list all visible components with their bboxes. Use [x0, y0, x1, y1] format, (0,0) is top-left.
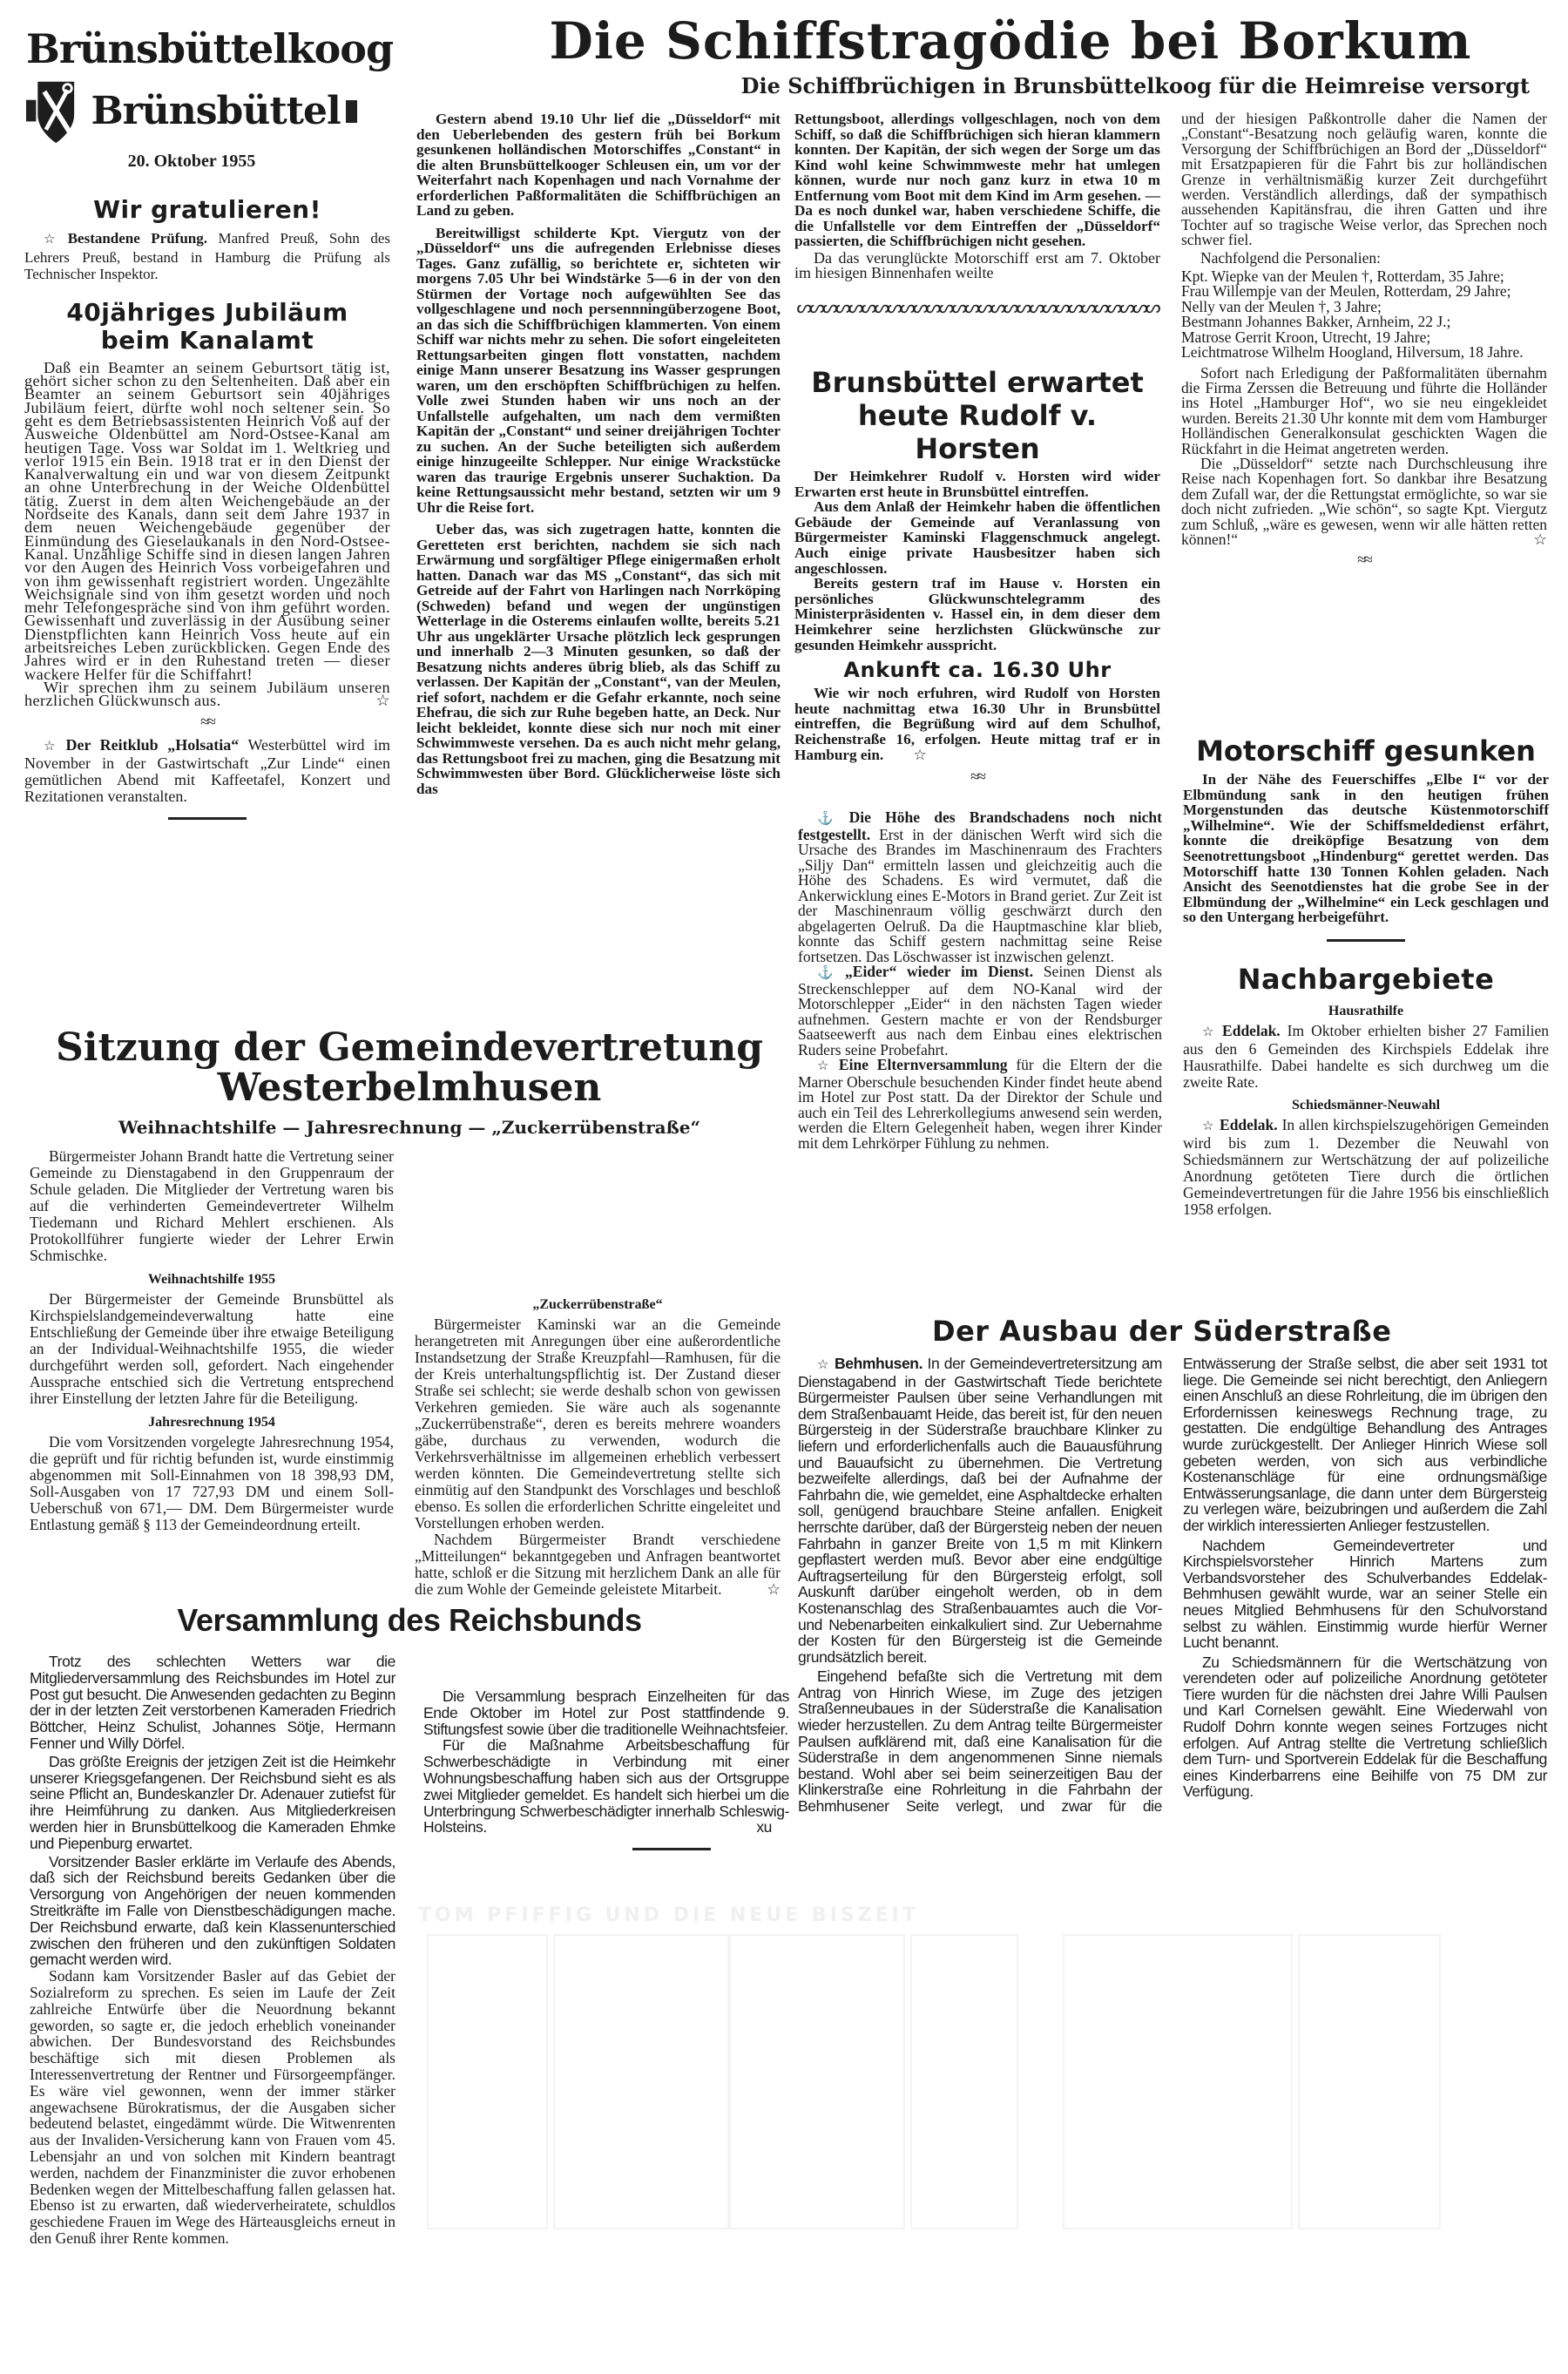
headline-suederstrasse: Der Ausbau der Süderstraße — [932, 1314, 1542, 1349]
heading-gratulieren: Wir gratulieren! — [24, 195, 390, 225]
divider-rule — [632, 1848, 711, 1850]
borkum-col3-p2: Nachfolgend die Personalien: — [1181, 251, 1547, 266]
borkum-col3-p4-text: Die „Düsseldorf“ setzte nach Durchschleu… — [1181, 455, 1547, 548]
text-brandschaden: Erst in der dänischen Werft wird sich di… — [798, 826, 1162, 965]
divider-rule — [168, 817, 247, 820]
masthead: Brünsbüttelkoog Brünsbüttel 20. Oktober … — [26, 26, 357, 172]
reichsbund-p5: Die Versammlung besprach Einzelheiten fü… — [423, 1688, 789, 1737]
headline-reichsbund: Versammlung des Reichsbunds — [26, 1601, 793, 1640]
star-icon: ☆ — [817, 1357, 829, 1372]
subhead-schiedsmaenner: Schiedsmänner-Neuwahl — [1183, 1098, 1549, 1113]
comic-ghost-panel — [427, 1934, 548, 2229]
brief-elternversammlung: ☆Eine Elternversammlung für die Eltern d… — [798, 1058, 1162, 1151]
anchor-icon: ⚓ — [817, 812, 844, 826]
masthead-line2: Brünsbüttel — [91, 89, 340, 134]
lead-eddelak: Eddelak. — [1220, 1116, 1278, 1133]
horsten-p2: Aus dem Anlaß der Heimkehr haben die öff… — [794, 499, 1160, 576]
star-icon: ☆ — [44, 233, 63, 247]
subheadline-borkum: Die Schiffbrüchigen in Brunsbüttelkoog f… — [488, 73, 1568, 98]
star-icon: ☆ — [44, 740, 60, 754]
lead-elternversammlung: Eine Elternversammlung — [839, 1056, 1008, 1073]
masthead-line1: Brünsbüttelkoog — [26, 26, 357, 71]
subheadline-sitzung: Weihnachtshilfe — Jahresrechnung — „Zuck… — [26, 1117, 793, 1138]
borkum-col2-p1: Rettungsboot, allerdings vollgeschlagen,… — [794, 112, 1160, 249]
article-horsten: Brunsbüttel erwartet heute Rudolf v. Hor… — [794, 366, 1160, 791]
sitzung-p4: Bürgermeister Kaminski war an die Gemein… — [415, 1316, 781, 1532]
sitzung-column-1: Bürgermeister Johann Brandt hatte die Ve… — [30, 1148, 394, 1533]
issue-date: 20. Oktober 1955 — [26, 152, 357, 172]
horsten-p4: Wie wir noch erfuhren, wird Rudolf von H… — [794, 686, 1160, 762]
star-icon: ☆ — [1514, 532, 1547, 547]
reichsbund-p4: Sodann kam Vorsitzender Basler auf das G… — [30, 1968, 395, 2247]
horsten-p4-text: Wie wir noch erfuhren, wird Rudolf von H… — [794, 685, 1160, 762]
sitzung-p5: Nachdem Bürgermeister Brandt verschieden… — [415, 1532, 781, 1598]
jubilaeum-p2-text: Wir sprechen ihm zu seinem Jubiläum unse… — [24, 679, 390, 709]
subhead-hausrathilfe: Hausrathilfe — [1183, 1004, 1549, 1019]
heading-jubilaeum-line1: 40jähriges Jubiläum — [24, 299, 390, 327]
star-icon: ☆ — [817, 1059, 834, 1073]
comic-ghost-panel — [910, 1934, 1018, 2229]
personalien-item: Leichtmatrose Wilhelm Hoogland, Hilversu… — [1181, 345, 1547, 360]
borkum-p3: Ueber das, was sich zugetragen hatte, ko… — [416, 522, 781, 796]
lead-behmhusen: Behmhusen. — [835, 1355, 923, 1372]
personalien-list: Kpt. Wiepke van der Meulen †, Rotterdam,… — [1181, 269, 1547, 360]
star-icon: ☆ — [1202, 1119, 1214, 1133]
suederstrasse-p4: Zu Schiedsmännern für die Wertschätzung … — [1183, 1654, 1547, 1800]
borkum-col3-p3: Sofort nach Erledigung der Paßformalität… — [1181, 366, 1547, 457]
local-news-briefs: ⚓Die Höhe des Brandschadens noch nicht f… — [798, 810, 1162, 1151]
borkum-column-3: und der hiesigen Paßkontrolle daher die … — [1181, 112, 1547, 573]
suederstrasse-p1: ☆Behmhusen. In der Gemeindevertretersitz… — [798, 1356, 1162, 1665]
article-nachbargebiete: Nachbargebiete Hausrathilfe ☆Eddelak. Im… — [1183, 962, 1549, 1218]
brief-schiedsmaenner: ☆Eddelak. In allen kirchspielszugehörige… — [1183, 1117, 1549, 1218]
borkum-col3-p1: und der hiesigen Paßkontrolle daher die … — [1181, 112, 1547, 248]
subhead-zuckerruebenstrasse: „Zuckerrübenstraße“ — [415, 1296, 781, 1313]
reichsbund-p3: Vorsitzender Basler erklärte im Verlaufe… — [30, 1854, 395, 1969]
headline-horsten: Brunsbüttel erwartet heute Rudolf v. Hor… — [794, 366, 1160, 465]
sitzung-p1: Bürgermeister Johann Brandt hatte die Ve… — [30, 1148, 394, 1264]
horsten-p1: Der Heimkehrer Rudolf v. Horsten wird wi… — [794, 469, 1160, 499]
sitzung-column-2: „Zuckerrübenstraße“ Bürgermeister Kamins… — [415, 1296, 781, 1598]
horsten-p3: Bereits gestern traf im Hause v. Horsten… — [794, 576, 1160, 653]
borkum-p2: Bereitwilligst schilderte Kpt. Viergutz … — [416, 226, 781, 516]
star-icon: ☆ — [913, 747, 926, 763]
coat-of-arms-icon — [26, 75, 85, 148]
wave-divider: ≈≈ — [794, 768, 1160, 786]
headline-borkum: Die Schiffstragödie bei Borkum — [453, 12, 1568, 70]
sitzung-p2: Der Bürgermeister der Gemeinde Brunsbütt… — [30, 1291, 394, 1407]
borkum-col2-p2: Da das verunglückte Motorschiff erst am … — [794, 251, 1160, 281]
lead-reitklub: Der Reitklub „Holsatia“ — [65, 736, 239, 754]
sitzung-p5-text: Nachdem Bürgermeister Brandt verschieden… — [415, 1531, 781, 1598]
reichsbund-column-2: Die Versammlung besprach Einzelheiten fü… — [423, 1654, 789, 1863]
comic-ghost-panel — [1063, 1934, 1293, 2229]
subhead-ankunft: Ankunft ca. 16.30 Uhr — [794, 658, 1160, 682]
comic-ghost-title: TOM PFIFFIG UND DIE NEUE BISZEIT — [418, 1904, 919, 1926]
headline-sitzung-line1: Sitzung der Gemeindevertretung — [26, 1028, 793, 1068]
headline-horsten-line2: heute Rudolf v. Horsten — [794, 399, 1160, 465]
borkum-column-2: Rettungsboot, allerdings vollgeschlagen,… — [794, 112, 1160, 315]
wave-divider: ≈≈ — [1181, 552, 1547, 567]
brief-eider: ⚓„Eider“ wieder im Dienst. Seinen Dienst… — [798, 964, 1162, 1058]
heading-jubilaeum-line2: beim Kanalamt — [24, 327, 390, 355]
brief-brandschaden: ⚓Die Höhe des Brandschadens noch nicht f… — [798, 810, 1162, 964]
star-icon: ☆ — [356, 694, 390, 707]
lead-eddelak: Eddelak. — [1222, 1022, 1281, 1039]
borkum-col3-p4: Die „Düsseldorf“ setzte nach Durchschleu… — [1181, 457, 1547, 547]
heading-jubilaeum: 40jähriges Jubiläum beim Kanalamt — [24, 299, 390, 355]
star-icon: ☆ — [1202, 1025, 1217, 1039]
comic-ghost-panel — [727, 1934, 905, 2229]
suederstrasse-p1-text: In der Gemeindevertretersitzung am Diens… — [798, 1355, 1162, 1666]
left-column: Wir gratulieren! ☆Bestandene Prüfung. Ma… — [24, 195, 390, 832]
headline-sitzung: Sitzung der Gemeindevertretung Westerbel… — [26, 1028, 793, 1108]
reichsbund-p1: Trotz des schlechten Wetters war die Mit… — [30, 1654, 395, 1752]
subhead-jahresrechnung: Jahresrechnung 1954 — [30, 1414, 394, 1430]
divider-rule — [1327, 939, 1405, 942]
ornamental-divider: ᔕᔕᔕᔕᔕᔕᔕᔕᔕᔕᔕᔕᔕᔕᔕᔕᔕᔕᔕᔕᔕᔕᔕᔕᔕᔕᔕᔕ — [794, 301, 1160, 316]
headline-nachbargebiete: Nachbargebiete — [1183, 962, 1549, 997]
suederstrasse-p3: Nachdem Gemeindevertreter und Kirchspiel… — [1183, 1538, 1547, 1651]
reichsbund-column-1: Trotz des schlechten Wetters war die Mit… — [30, 1654, 395, 2247]
headline-sitzung-line2: Westerbelmhusen — [26, 1068, 793, 1108]
wave-divider: ≈≈ — [24, 714, 390, 731]
brief-hausrathilfe: ☆Eddelak. Im Oktober erhielten bisher 27… — [1183, 1023, 1549, 1091]
anchor-icon: ⚓ — [817, 966, 840, 980]
headline-motorschiff: Motorschiff gesunken — [1183, 734, 1549, 768]
borkum-column-1: Gestern abend 19.10 Uhr lief die „Düssel… — [416, 112, 781, 796]
subhead-weihnachtshilfe: Weihnachtshilfe 1955 — [30, 1271, 394, 1288]
comic-ghost-panel — [1298, 1934, 1441, 2229]
sitzung-p3: Die vom Vorsitzenden vorgelegte Jahresre… — [30, 1434, 394, 1533]
motorschiff-text: In der Nähe des Feuerschiffes „Elbe I“ v… — [1183, 772, 1549, 925]
headline-horsten-line1: Brunsbüttel erwartet — [794, 366, 1160, 399]
lead-pruefung: Bestandene Prüfung. — [68, 230, 207, 247]
comic-ghost-panel — [553, 1934, 731, 2229]
lead-eider: „Eider“ wieder im Dienst. — [845, 963, 1033, 980]
article-motorschiff: Motorschiff gesunken In der Nähe des Feu… — [1183, 734, 1549, 956]
suederstrasse-columns: ☆Behmhusen. In der Gemeindevertretersitz… — [798, 1356, 1547, 1815]
jubilaeum-p1: Daß ein Beamter an seinem Geburtsort tät… — [24, 362, 390, 681]
star-icon: ☆ — [747, 1581, 781, 1598]
reichsbund-p2: Das größte Ereignis der jetzigen Zeit is… — [30, 1754, 395, 1852]
jubilaeum-p2: Wir sprechen ihm zu seinem Jubiläum unse… — [24, 681, 390, 708]
borkum-p1: Gestern abend 19.10 Uhr lief die „Düssel… — [416, 112, 781, 219]
